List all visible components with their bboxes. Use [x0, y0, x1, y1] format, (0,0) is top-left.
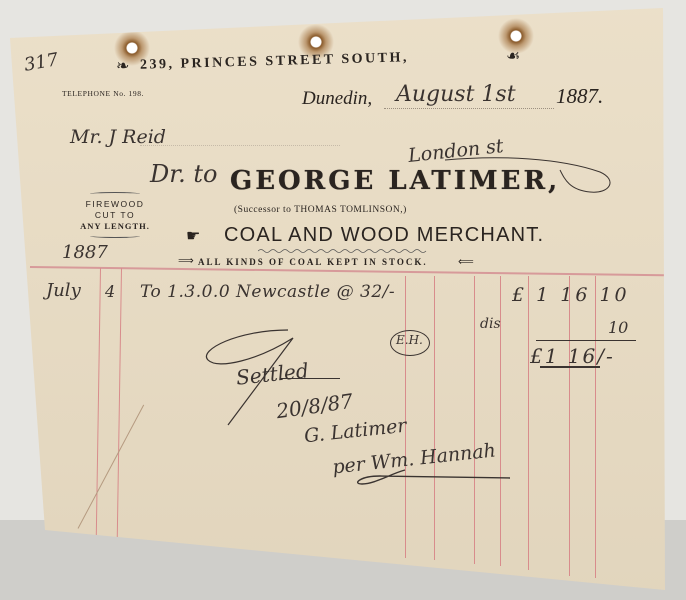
firewood-line-2: CUT TO	[70, 210, 160, 221]
entry-description: To 1.3.0.0 Newcastle @ 32/-	[140, 282, 395, 302]
wavy-rule-icon	[258, 248, 428, 254]
ledger-col-rule	[595, 276, 596, 578]
date-dotted-line	[384, 108, 554, 109]
discount-label: dis	[480, 316, 501, 332]
ledger-col-rule	[474, 276, 475, 564]
flourish-left-icon: ❧	[116, 56, 129, 76]
date-handwritten: August 1st	[396, 82, 516, 107]
trade-line: COAL AND WOOD MERCHANT.	[224, 224, 544, 247]
firewood-line-3: ANY LENGTH.	[70, 221, 160, 232]
entry-day: 4	[105, 282, 115, 301]
firewood-badge: FIREWOOD CUT TO ANY LENGTH.	[70, 192, 160, 238]
entry-month: July	[46, 280, 81, 301]
merchant-name: GEORGE LATIMER,	[230, 166, 560, 196]
total-double-underline	[540, 366, 600, 368]
year-printed: 1887.	[556, 84, 603, 109]
flourish-right-icon: ☙	[506, 46, 520, 66]
tagline-flourish-right-icon: ⟸	[458, 255, 474, 268]
invoice-paper: 317 ❧ 239, PRINCES STREET SOUTH, ☙ TELEP…	[0, 0, 686, 600]
total-amount: £1 16/-	[530, 344, 615, 368]
ledger-year: 1887	[62, 242, 108, 263]
entry-amount: £ 1 16 10	[512, 284, 630, 306]
total-rule	[536, 340, 636, 341]
customer-dotted-line	[140, 145, 340, 146]
firewood-line-1: FIREWOOD	[70, 199, 160, 210]
dr-to-label: Dr. to	[150, 160, 217, 188]
tagline: ALL KINDS OF COAL KEPT IN STOCK.	[198, 257, 428, 267]
discount-amount: 10	[608, 318, 628, 337]
ledger-col-rule	[434, 276, 435, 560]
city-label: Dunedin,	[302, 88, 372, 110]
initials-stamp-text: E.H.	[396, 333, 423, 347]
pointing-hand-icon: ☛	[186, 226, 200, 246]
settled-underline	[280, 378, 340, 379]
tagline-flourish-left-icon: ⟹	[178, 254, 194, 267]
ledger-col-rule	[569, 276, 570, 576]
ledger-col-rule	[528, 276, 529, 570]
signature-underline-flourish-icon	[350, 464, 530, 488]
successor-note: (Successor to THOMAS TOMLINSON,)	[234, 205, 407, 215]
telephone-number: TELEPHONE No. 198.	[62, 89, 144, 98]
